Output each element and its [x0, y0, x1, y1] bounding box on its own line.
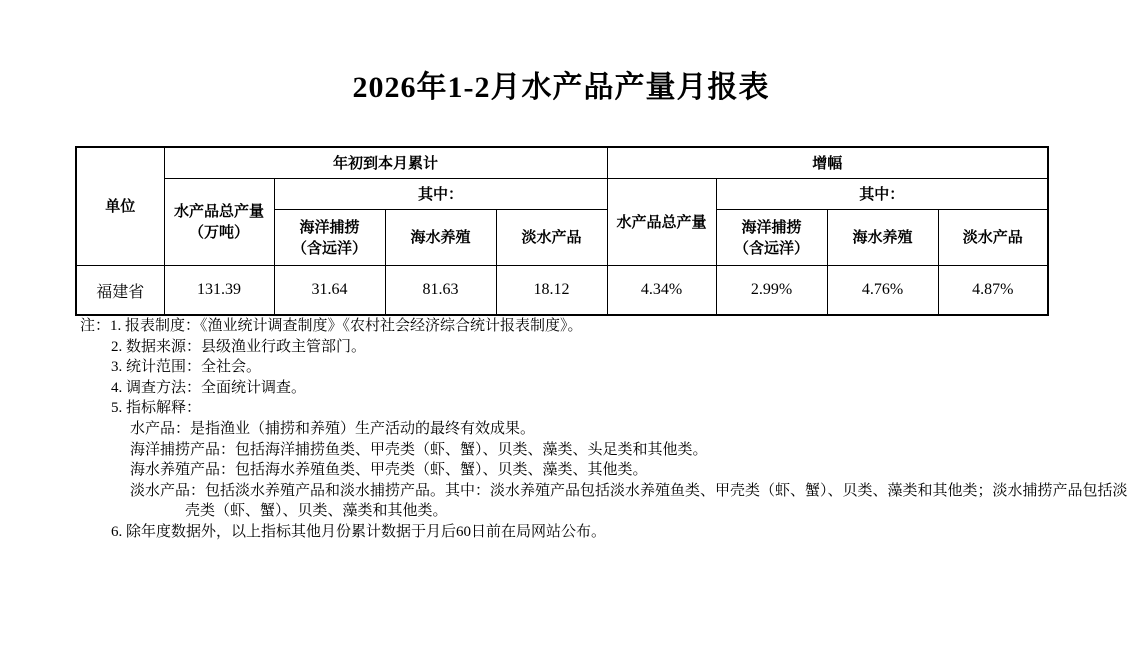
- header-line: 水产品总产量: [165, 201, 274, 222]
- note-line-6: 6. 除年度数据外，以上指标其他月份累计数据于月后60日前在局网站公布。: [80, 522, 1090, 543]
- page-title: 2026年1-2月水产品产量月报表: [75, 62, 1047, 106]
- note-line-3: 3. 统计范围：全社会。: [80, 357, 1090, 378]
- header-row-among-which: 水产品总产量 （万吨） 其中： 水产品总产量 其中：: [76, 179, 1048, 210]
- cell-growth-total: 4.34%: [607, 266, 716, 316]
- header-line: （万吨）: [165, 222, 274, 243]
- note-line-5-def-aquatic: 水产品：是指渔业（捕捞和养殖）生产活动的最终有效成果。: [80, 419, 1090, 440]
- note-line-5: 5. 指标解释：: [80, 398, 1090, 419]
- note-line-4: 4. 调查方法：全面统计调查。: [80, 378, 1090, 399]
- header-cumulative-total-output: 水产品总产量 （万吨）: [164, 179, 274, 266]
- cell-region: 福建省: [76, 266, 164, 316]
- header-cumulative-among-which: 其中：: [274, 179, 607, 210]
- header-line: （含远洋）: [275, 238, 385, 259]
- cell-growth-marine-capture: 2.99%: [716, 266, 827, 316]
- header-unit: 单位: [76, 147, 164, 266]
- note-line-5-def-freshwater-wrap: 壳类（虾、蟹）、贝类、藻类和其他类。: [80, 501, 1090, 522]
- cell-cumulative-mariculture: 81.63: [385, 266, 496, 316]
- header-cumulative-marine-capture: 海洋捕捞 （含远洋）: [274, 210, 385, 266]
- header-growth-total-output: 水产品总产量: [607, 179, 716, 266]
- header-cumulative-freshwater: 淡水产品: [496, 210, 607, 266]
- note-line-5-def-marine-capture: 海洋捕捞产品：包括海洋捕捞鱼类、甲壳类（虾、蟹）、贝类、藻类、头足类和其他类。: [80, 440, 1090, 461]
- notes-block: 注：1. 报表制度：《渔业统计调查制度》《农村社会经济综合统计报表制度》。 2.…: [80, 316, 1090, 543]
- cell-cumulative-total: 131.39: [164, 266, 274, 316]
- table-row: 福建省 131.39 31.64 81.63 18.12 4.34% 2.99%…: [76, 266, 1048, 316]
- cell-cumulative-marine-capture: 31.64: [274, 266, 385, 316]
- header-growth-marine-capture: 海洋捕捞 （含远洋）: [716, 210, 827, 266]
- note-line-2: 2. 数据来源：县级渔业行政主管部门。: [80, 337, 1090, 358]
- header-growth-mariculture: 海水养殖: [827, 210, 938, 266]
- note-line-5-def-freshwater: 淡水产品：包括淡水养殖产品和淡水捕捞产品。其中：淡水养殖产品包括淡水养殖鱼类、甲…: [80, 481, 1090, 502]
- header-growth-freshwater: 淡水产品: [938, 210, 1048, 266]
- header-growth-group: 增幅: [607, 147, 1048, 179]
- header-line: 海洋捕捞: [275, 217, 385, 238]
- note-line-5-def-mariculture: 海水养殖产品：包括海水养殖鱼类、甲壳类（虾、蟹）、贝类、藻类、其他类。: [80, 460, 1090, 481]
- cell-growth-freshwater: 4.87%: [938, 266, 1048, 316]
- cell-cumulative-freshwater: 18.12: [496, 266, 607, 316]
- cell-growth-mariculture: 4.76%: [827, 266, 938, 316]
- header-growth-among-which: 其中：: [716, 179, 1048, 210]
- note-line-1: 注：1. 报表制度：《渔业统计调查制度》《农村社会经济综合统计报表制度》。: [80, 316, 1090, 337]
- header-cumulative-mariculture: 海水养殖: [385, 210, 496, 266]
- report-table: 单位 年初到本月累计 增幅 水产品总产量 （万吨） 其中： 水产品总产量 其中：…: [75, 146, 1049, 316]
- header-line: （含远洋）: [717, 238, 827, 259]
- report-page: 2026年1-2月水产品产量月报表 单位 年初到本月累计 增幅 水产品总产量 （…: [0, 0, 1127, 667]
- header-line: 海洋捕捞: [717, 217, 827, 238]
- header-cumulative-group: 年初到本月累计: [164, 147, 607, 179]
- header-row-groups: 单位 年初到本月累计 增幅: [76, 147, 1048, 179]
